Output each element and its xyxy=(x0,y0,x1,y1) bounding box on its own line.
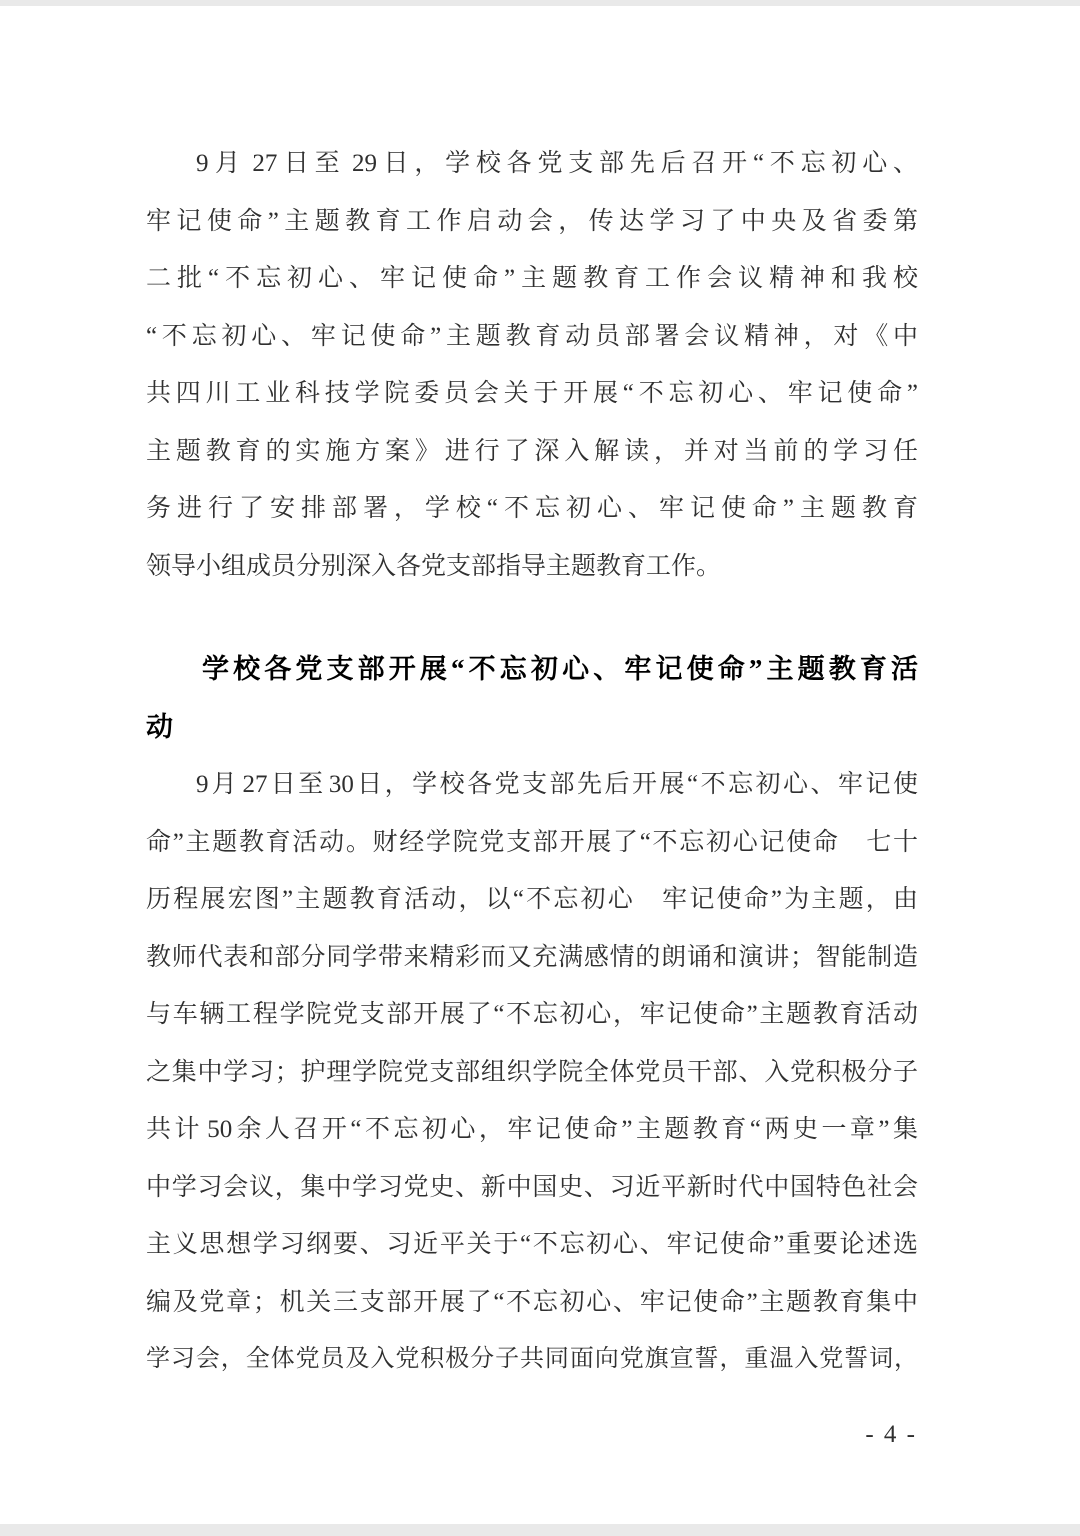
page-number: - 4 - xyxy=(865,1418,917,1452)
paragraph-launch-meetings: 9 月 27 日至 29 日，学校各党支部先后召开“不忘初心、牢记使命”主题教育… xyxy=(146,135,918,595)
text-line: 编及党章；机关三支部开展了“不忘初心、牢记使命”主题教育集中 xyxy=(146,1274,918,1332)
text-line: 中学习会议，集中学习党史、新中国史、习近平新时代中国特色社会 xyxy=(146,1159,918,1217)
section-heading: 学校各党支部开展“不忘初心、牢记使命”主题教育活动 xyxy=(146,641,918,756)
text-line: 命”主题教育活动。财经学院党支部开展了“不忘初心记使命 七十 xyxy=(146,814,918,872)
top-edge-strip xyxy=(0,0,1080,6)
paragraph-theme-activities: 9 月 27 日至 30 日，学校各党支部先后开展“不忘初心、牢记使命”主题教育… xyxy=(146,756,918,1389)
text-line: 主义思想学习纲要、习近平关于“不忘初心、牢记使命”重要论述选 xyxy=(146,1216,918,1274)
text-line: 牢记使命”主题教育工作启动会，传达学习了中央及省委第 xyxy=(146,193,918,251)
text-line: 学习会，全体党员及入党积极分子共同面向党旗宣誓，重温入党誓词， xyxy=(146,1331,918,1389)
text-line: 领导小组成员分别深入各党支部指导主题教育工作。 xyxy=(146,538,918,596)
text-line: 与车辆工程学院党支部开展了“不忘初心，牢记使命”主题教育活动 xyxy=(146,986,918,1044)
text-line: 动 xyxy=(146,699,918,757)
text-line: 教师代表和部分同学带来精彩而又充满感情的朗诵和演讲；智能制造 xyxy=(146,929,918,987)
text-line: 共计 50 余人召开“不忘初心，牢记使命”主题教育“两史一章”集 xyxy=(146,1101,918,1159)
text-line: “不忘初心、牢记使命”主题教育动员部署会议精神，对《中 xyxy=(146,308,918,366)
text-line: 共四川工业科技学院委员会关于开展“不忘初心、牢记使命” xyxy=(146,365,918,423)
bottom-edge-strip xyxy=(0,1524,1080,1536)
document-page: 9 月 27 日至 29 日，学校各党支部先后召开“不忘初心、牢记使命”主题教育… xyxy=(0,0,1080,1536)
text-line: 主题教育的实施方案》进行了深入解读，并对当前的学习任 xyxy=(146,423,918,481)
text-line: 之集中学习；护理学院党支部组织学院全体党员干部、入党积极分子 xyxy=(146,1044,918,1102)
text-line: 学校各党支部开展“不忘初心、牢记使命”主题教育活 xyxy=(146,641,918,699)
text-line: 二批“不忘初心、牢记使命”主题教育工作会议精神和我校 xyxy=(146,250,918,308)
text-line: 历程展宏图”主题教育活动，以“不忘初心 牢记使命”为主题，由 xyxy=(146,871,918,929)
text-line: 9 月 27 日至 30 日，学校各党支部先后开展“不忘初心、牢记使 xyxy=(146,756,918,814)
text-line: 务进行了安排部署，学校“不忘初心、牢记使命”主题教育 xyxy=(146,480,918,538)
text-line: 9 月 27 日至 29 日，学校各党支部先后召开“不忘初心、 xyxy=(146,135,918,193)
